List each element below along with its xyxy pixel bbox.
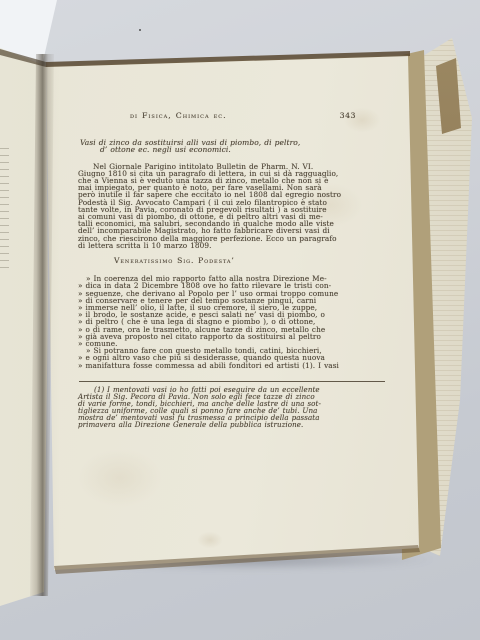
intro-paragraph: Nel Giornale Parigino intitolato Bulleti… bbox=[78, 163, 386, 249]
running-head-title: di Fisica, Chimica ec. bbox=[130, 112, 227, 119]
quoted-letter: » In coerenza del mio rapporto fatto all… bbox=[78, 275, 386, 369]
running-head: di Fisica, Chimica ec. 343 bbox=[78, 112, 386, 119]
text-line: d’ ottone ec. negli usi economici. bbox=[100, 146, 386, 153]
text-line: » manifattura fosse commessa ad abili fo… bbox=[78, 362, 386, 369]
letter-salutation: Veneratissimo Sig. Podesta’ bbox=[114, 257, 386, 264]
article-heading: Vasi di zinco da sostituirsi alli vasi d… bbox=[80, 139, 386, 153]
footnote-rule bbox=[79, 381, 385, 382]
dust-speck bbox=[139, 29, 141, 31]
left-page-text-bleed bbox=[0, 148, 9, 268]
footnote: (1) I mentovati vasi io ho fatti poi ese… bbox=[78, 386, 386, 429]
page-text: di Fisica, Chimica ec. 343 Vasi di zinco… bbox=[78, 112, 386, 428]
book-photo: di Fisica, Chimica ec. 343 Vasi di zinco… bbox=[0, 0, 480, 640]
text-line: primavera alla Direzione Generale della … bbox=[78, 421, 386, 428]
text-line: » già aveva proposto nel citato rapporto… bbox=[78, 333, 386, 340]
page-number: 343 bbox=[340, 112, 356, 119]
